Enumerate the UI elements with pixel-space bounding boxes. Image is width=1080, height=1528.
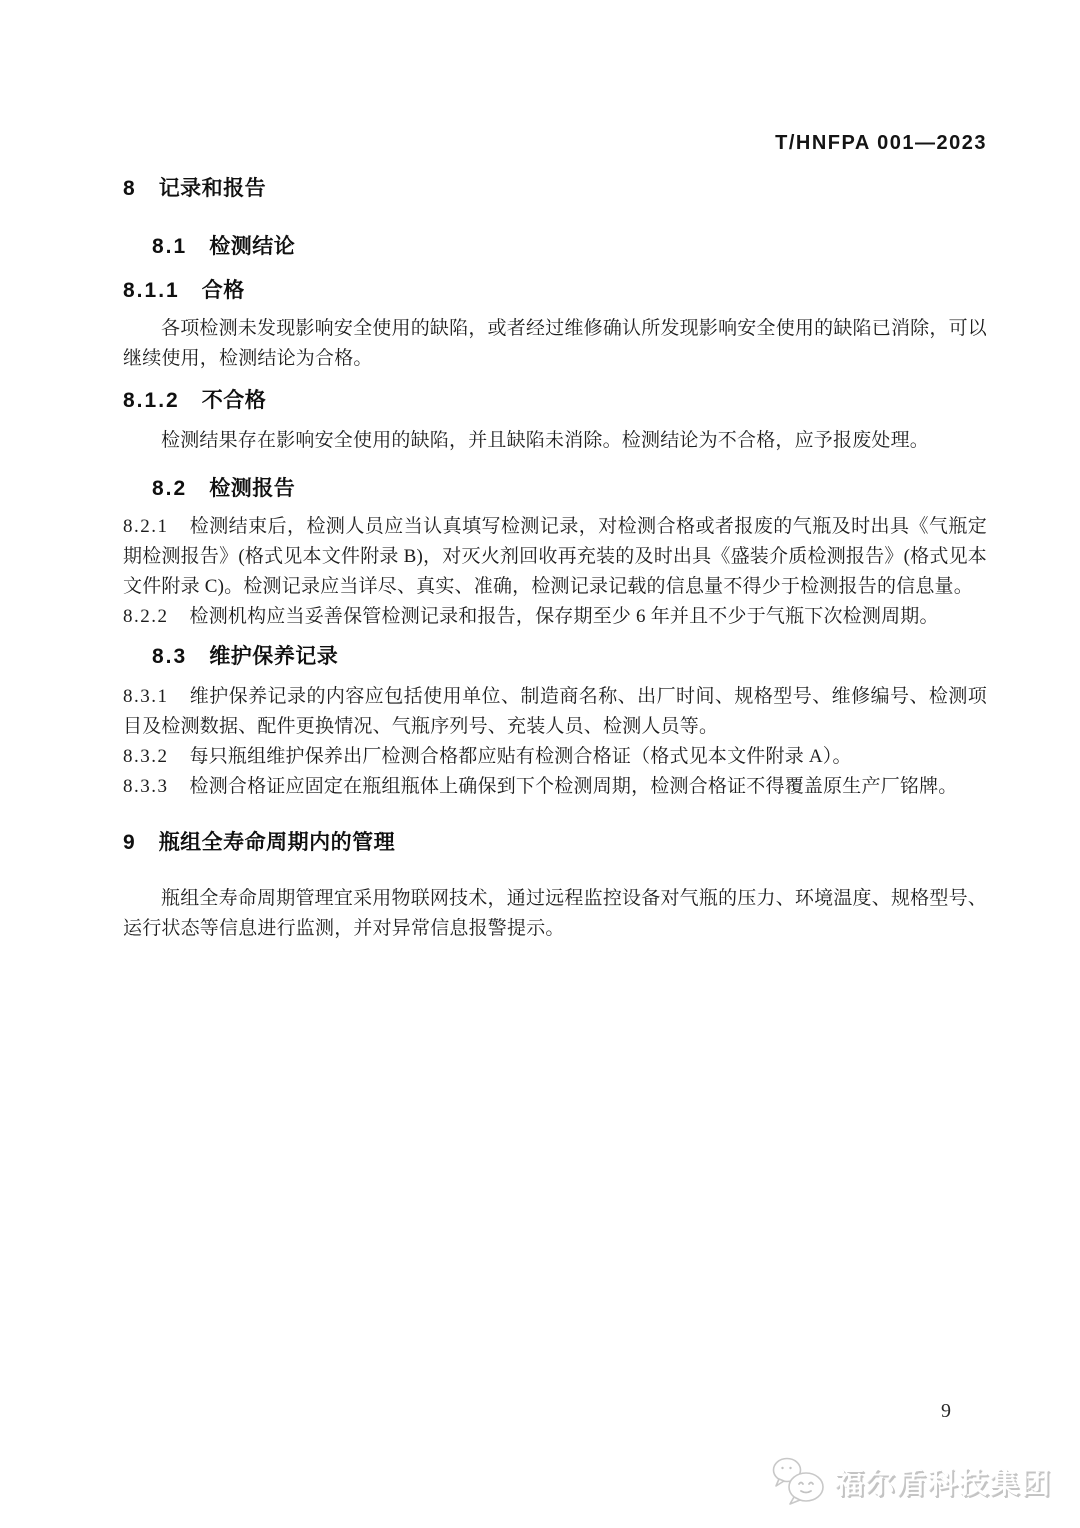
clause-number: 8.3.3 [123,776,169,797]
heading-title: 维护保养记录 [209,645,338,668]
doc-code: T/HNFPA 001—2023 [123,128,987,158]
clause-text: 维护保养记录的内容应包括使用单位、制造商名称、出厂时间、规格型号、维修编号、检测… [123,686,987,737]
heading-number: 8.1.1 [123,279,180,302]
heading-title: 记录和报告 [159,177,267,200]
clause-number: 8.3.1 [123,686,169,707]
page-content: T/HNFPA 001—2023 8记录和报告 8.1检测结论 8.1.1合格 … [123,0,987,944]
document-page: T/HNFPA 001—2023 8记录和报告 8.1检测结论 8.1.1合格 … [0,0,1080,1528]
clause-text: 每只瓶组维护保养出厂检测合格都应贴有检测合格证（格式见本文件附录 A）。 [190,746,852,767]
heading-number: 8.3 [152,645,187,668]
paragraph-9: 瓶组全寿命周期管理宜采用物联网技术，通过远程监控设备对气瓶的压力、环境温度、规格… [123,884,987,944]
heading-number: 8.1 [152,235,187,258]
heading-subsection-8-1-1: 8.1.1合格 [123,276,987,306]
heading-title: 检测报告 [209,477,295,500]
clause-text: 检测结束后，检测人员应当认真填写检测记录，对检测合格或者报废的气瓶及时出具《气瓶… [123,516,987,597]
clause-number: 8.2.1 [123,516,169,537]
clause-text: 检测机构应当妥善保管检测记录和报告，保存期至少 6 年并且不少于气瓶下次检测周期… [190,606,939,627]
wechat-icon [770,1456,828,1506]
heading-number: 8.2 [152,477,187,500]
paragraph-8-2-1: 8.2.1检测结束后，检测人员应当认真填写检测记录，对检测合格或者报废的气瓶及时… [123,512,987,602]
heading-number: 8.1.2 [123,389,180,412]
page-number: 9 [941,1398,951,1424]
paragraph-8-1-2: 检测结果存在影响安全使用的缺陷，并且缺陷未消除。检测结论为不合格，应予报废处理。 [123,426,987,456]
paragraph-8-1-1: 各项检测未发现影响安全使用的缺陷，或者经过维修确认所发现影响安全使用的缺陷已消除… [123,314,987,374]
paragraph-8-3-3: 8.3.3检测合格证应固定在瓶组瓶体上确保到下个检测周期，检测合格证不得覆盖原生… [123,772,987,802]
heading-chapter-9: 9瓶组全寿命周期内的管理 [123,828,987,858]
heading-title: 检测结论 [209,235,295,258]
paragraph-8-2-2: 8.2.2检测机构应当妥善保管检测记录和报告，保存期至少 6 年并且不少于气瓶下… [123,602,987,632]
heading-title: 瓶组全寿命周期内的管理 [159,831,396,854]
watermark: 福尔盾科技集团 [770,1456,1052,1506]
heading-subsection-8-1-2: 8.1.2不合格 [123,386,987,416]
clause-number: 8.3.2 [123,746,169,767]
heading-section-8-3: 8.3维护保养记录 [123,642,987,672]
heading-title: 不合格 [202,389,267,412]
clause-number: 8.2.2 [123,606,169,627]
heading-chapter-8: 8记录和报告 [123,174,987,204]
heading-number: 9 [123,831,137,854]
heading-section-8-1: 8.1检测结论 [123,232,987,262]
paragraph-8-3-1: 8.3.1维护保养记录的内容应包括使用单位、制造商名称、出厂时间、规格型号、维修… [123,682,987,742]
clause-text: 检测合格证应固定在瓶组瓶体上确保到下个检测周期，检测合格证不得覆盖原生产厂铭牌。 [190,776,958,797]
paragraph-8-3-2: 8.3.2每只瓶组维护保养出厂检测合格都应贴有检测合格证（格式见本文件附录 A）… [123,742,987,772]
heading-section-8-2: 8.2检测报告 [123,474,987,504]
heading-number: 8 [123,177,137,200]
heading-title: 合格 [202,279,245,302]
watermark-text: 福尔盾科技集团 [835,1461,1052,1502]
